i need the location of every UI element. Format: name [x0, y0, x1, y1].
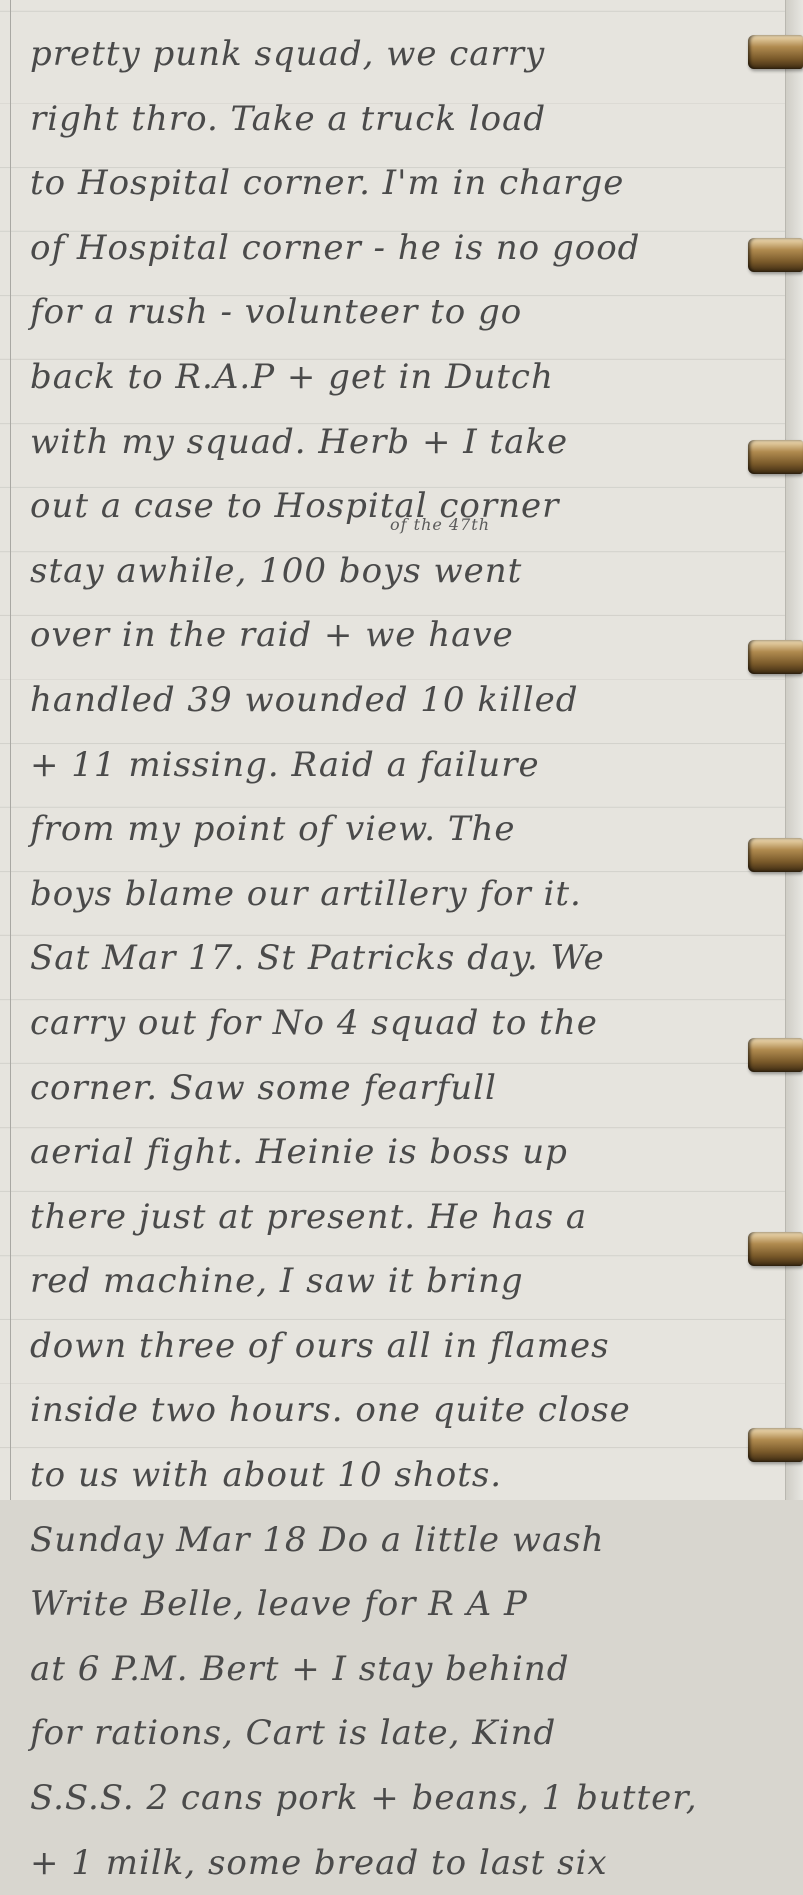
- text-line: right thro. Take a truck load: [30, 87, 760, 152]
- binding-ring: [748, 35, 803, 69]
- text-line: boys blame our artillery for it.: [30, 862, 760, 927]
- binding-ring: [748, 440, 803, 474]
- binding-ring: [748, 1232, 803, 1266]
- binding-ring: [748, 1428, 803, 1462]
- text-line: + 11 missing. Raid a failure: [30, 733, 760, 798]
- text-line-content: stay awhile, 100 boys went: [30, 551, 522, 591]
- text-line: of Hospital corner - he is no good: [30, 216, 760, 281]
- text-line: back to R.A.P + get in Dutch: [30, 345, 760, 410]
- text-line: handled 39 wounded 10 killed: [30, 668, 760, 733]
- text-line: from my point of view. The: [30, 797, 760, 862]
- text-line: corner. Saw some fearfull: [30, 1056, 760, 1121]
- handwritten-text: pretty punk squad, we carry right thro. …: [30, 22, 760, 1500]
- binding-ring: [748, 1038, 803, 1072]
- page-edge: [785, 0, 803, 1500]
- text-line: inside two hours. one quite close: [30, 1378, 760, 1443]
- text-line: carry out for No 4 squad to the: [30, 991, 760, 1056]
- text-line: pretty punk squad, we carry: [30, 22, 760, 87]
- binding-ring: [748, 640, 803, 674]
- text-line: red machine, I saw it bring: [30, 1249, 760, 1314]
- text-line: down three of ours all in flames: [30, 1314, 760, 1379]
- text-line: with my squad. Herb + I take: [30, 410, 760, 475]
- text-line: to us with about 10 shots.: [30, 1443, 760, 1500]
- text-line: aerial fight. Heinie is boss up: [30, 1120, 760, 1185]
- text-line: to Hospital corner. I'm in charge: [30, 151, 760, 216]
- left-margin-rule: [10, 0, 11, 1500]
- inserted-note: of the 47th: [390, 515, 490, 535]
- text-line: there just at present. He has a: [30, 1185, 760, 1250]
- text-line: over in the raid + we have: [30, 603, 760, 668]
- text-line: Sat Mar 17. St Patricks day. We: [30, 926, 760, 991]
- binding-ring: [748, 238, 803, 272]
- binding-ring: [748, 838, 803, 872]
- text-line: for a rush - volunteer to go: [30, 280, 760, 345]
- text-line: of the 47th stay awhile, 100 boys went: [30, 539, 760, 604]
